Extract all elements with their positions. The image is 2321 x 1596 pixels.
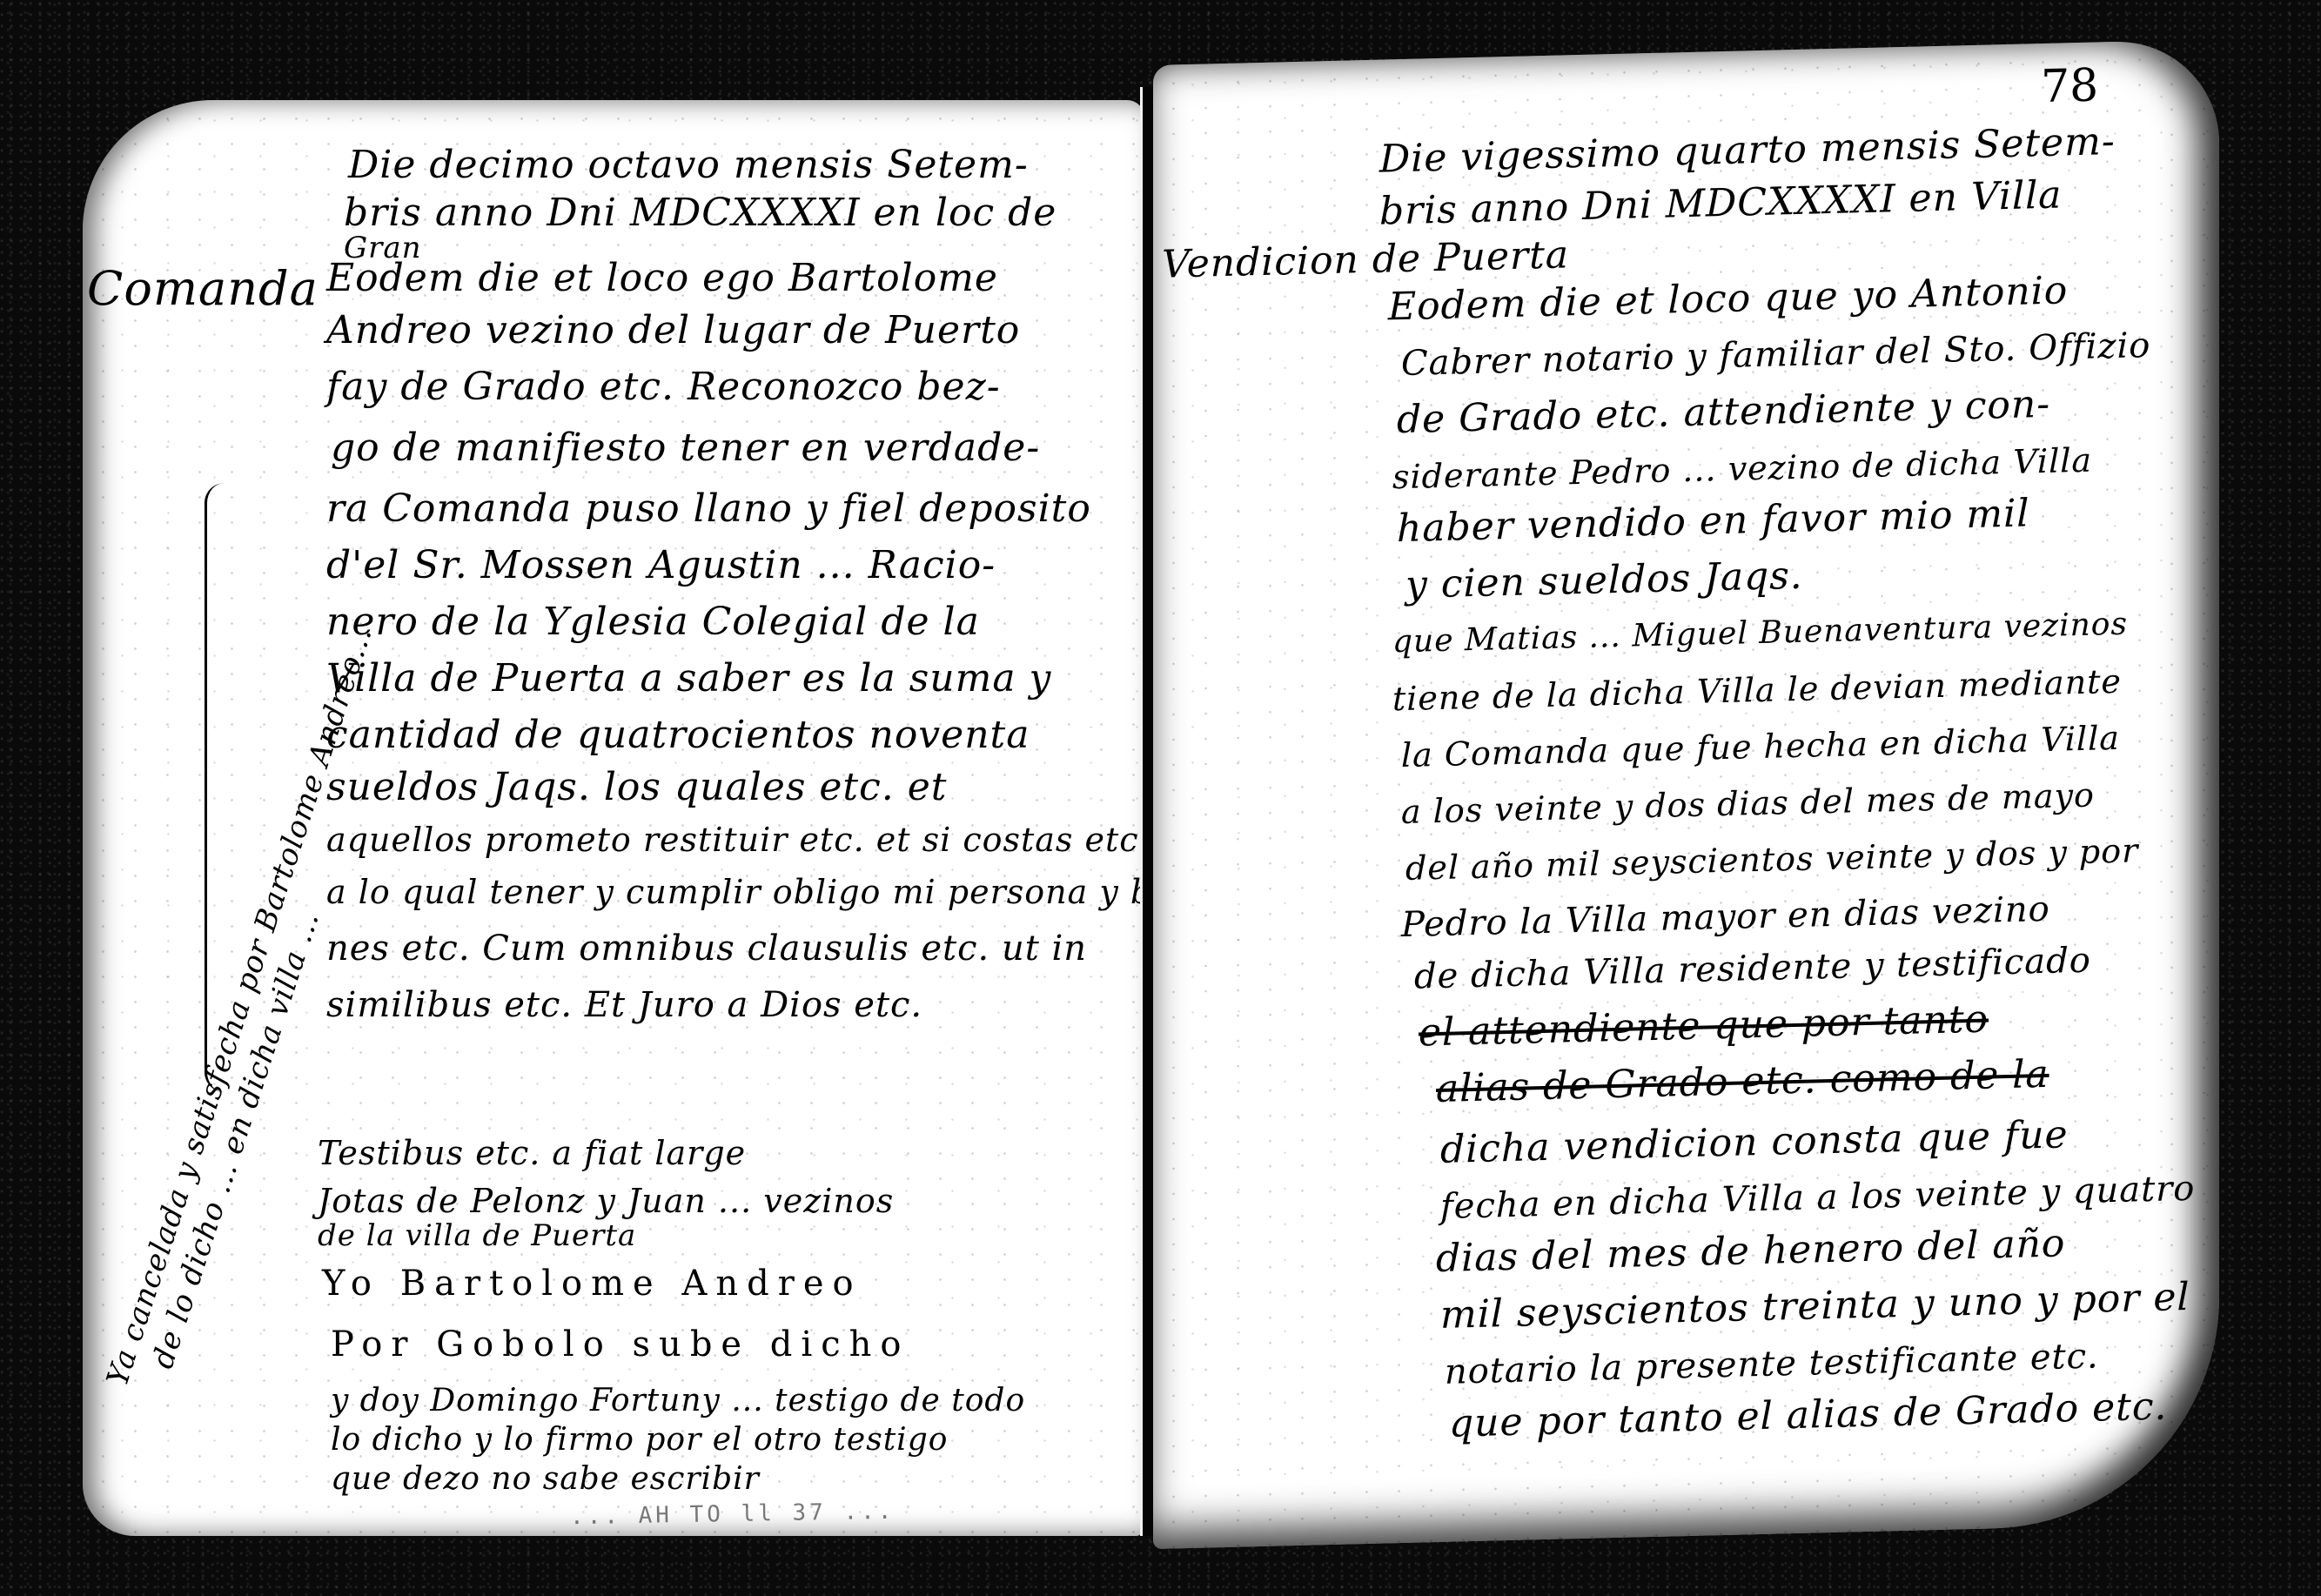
page-number: 78 (2041, 59, 2098, 113)
body-line: dicha vendicion consta que fue (1440, 1109, 2069, 1177)
witness-line: Testibus etc. a fiat large (318, 1127, 746, 1179)
entry-header-line: Die decimo octavo mensis Setem- (348, 139, 1029, 191)
body-line: aquellos prometo restituir etc. et si co… (326, 814, 1144, 866)
body-line: nes etc. Cum omnibus clausulis etc. ut i… (326, 922, 1087, 975)
struck-body-line: alias de Grado etc. como de la (1436, 1049, 2049, 1116)
margin-bracket (205, 483, 225, 1092)
body-line: Villa de Puerta a saber es la suma y (326, 653, 1051, 705)
margin-heading-comanda: Comanda (87, 261, 319, 316)
body-line: a lo qual tener y cumplir obligo mi pers… (326, 866, 1144, 918)
witness-line: que dezo no sabe escribir (331, 1453, 760, 1505)
body-line: cantidad de quatrocientos noventa (326, 709, 1030, 761)
left-page: Comanda Ya cancelada y satisfecha por Ba… (83, 100, 1144, 1536)
body-line: Andreo vezino del lugar de Puerto (326, 305, 1020, 357)
body-line: y cien sueldos Jaqs. (1405, 550, 1803, 612)
body-line: sueldos Jaqs. los quales etc. et (326, 761, 947, 814)
signature-line: Yo Bartolome Andreo (322, 1257, 862, 1310)
body-line: fay de Grado etc. Reconozco bez- (326, 361, 1001, 413)
body-line: go de manifiesto tener en verdade- (331, 422, 1040, 474)
body-line: ra Comanda puso llano y fiel deposito (326, 483, 1091, 535)
body-line: de Grado etc. attendiente y con- (1397, 379, 2050, 446)
body-line: nero de la Yglesia Colegial de la (326, 596, 980, 648)
signature-line: Por Gobolo sube dicho (331, 1318, 909, 1371)
right-page: 78 Vendicion de Puerta Die vigessimo qua… (1153, 39, 2219, 1549)
body-line: d'el Sr. Mossen Agustin ... Racio- (326, 540, 996, 592)
body-line: Eodem die et loco ego Bartolome (326, 252, 998, 305)
entry-header-line: bris anno Dni MDCXXXXI en loc de (344, 187, 1057, 239)
bleed-through-text: ... AH TO ll 37 ... (570, 1499, 896, 1531)
struck-body-line: el attendiente que por tanto (1419, 994, 1989, 1060)
body-line: similibus etc. Et Juro a Dios etc. (326, 979, 922, 1031)
witness-line: de la villa de Puerta (318, 1210, 636, 1262)
